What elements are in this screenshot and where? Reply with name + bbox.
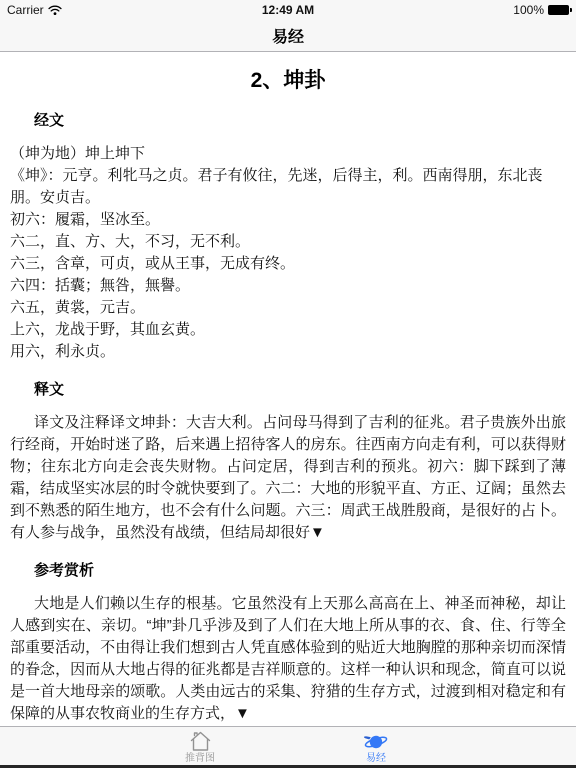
battery-percent-label: 100% — [513, 3, 544, 17]
scripture-line: 初六：履霜，坚冰至。 — [10, 209, 566, 231]
status-bar: Carrier 12:49 AM 100% — [0, 0, 576, 20]
expandable-paragraph-analysis[interactable]: 大地是人们赖以生存的根基。它虽然没有上天那么高高在上、神圣而神秘，却让人感到实在… — [10, 593, 566, 725]
tab-bar: 推背图 易经 — [0, 726, 576, 765]
expandable-paragraph-explanation[interactable]: 译文及注释译文坤卦：大吉大利。占问母马得到了吉利的征兆。君子贵族外出旅行经商，开… — [10, 412, 566, 544]
battery-icon — [548, 5, 569, 15]
tab-yijing[interactable]: 易经 — [331, 727, 421, 765]
nav-bar: 易经 — [0, 20, 576, 52]
home-icon — [188, 729, 213, 753]
scripture-line: 上六，龙战于野，其血玄黄。 — [10, 319, 566, 341]
tab-label: 易经 — [366, 754, 386, 764]
scripture-line: （坤为地）坤上坤下 — [10, 143, 566, 165]
tab-tuibeitu[interactable]: 推背图 — [155, 727, 245, 765]
scripture-line: 六三，含章，可贞，或从王事，无成有终。 — [10, 253, 566, 275]
planet-icon — [363, 729, 389, 753]
scripture-line: 六五，黄裳，元吉。 — [10, 297, 566, 319]
wifi-icon — [48, 5, 62, 16]
section-heading-scripture: 经文 — [10, 109, 566, 130]
status-time: 12:49 AM — [0, 3, 576, 17]
scripture-line: 六二，直、方、大，不习，无不利。 — [10, 231, 566, 253]
scripture-line: 用六，利永贞。 — [10, 341, 566, 363]
content-scroll-area[interactable]: 2、坤卦 经文 （坤为地）坤上坤下 《坤》：元亨。利牝马之贞。君子有攸往，先迷，… — [0, 52, 576, 726]
nav-title: 易经 — [272, 24, 304, 47]
tab-label: 推背图 — [185, 754, 215, 764]
scripture-line: 六四：括囊；無咎，無譽。 — [10, 275, 566, 297]
section-heading-explanation: 释文 — [10, 378, 566, 399]
section-heading-analysis: 参考赏析 — [10, 559, 566, 580]
scripture-line: 《坤》：元亨。利牝马之贞。君子有攸往，先迷，后得主，利。西南得朋，东北丧朋。安贞… — [10, 165, 566, 209]
carrier-label: Carrier — [7, 3, 44, 17]
page-title: 2、坤卦 — [10, 64, 566, 94]
